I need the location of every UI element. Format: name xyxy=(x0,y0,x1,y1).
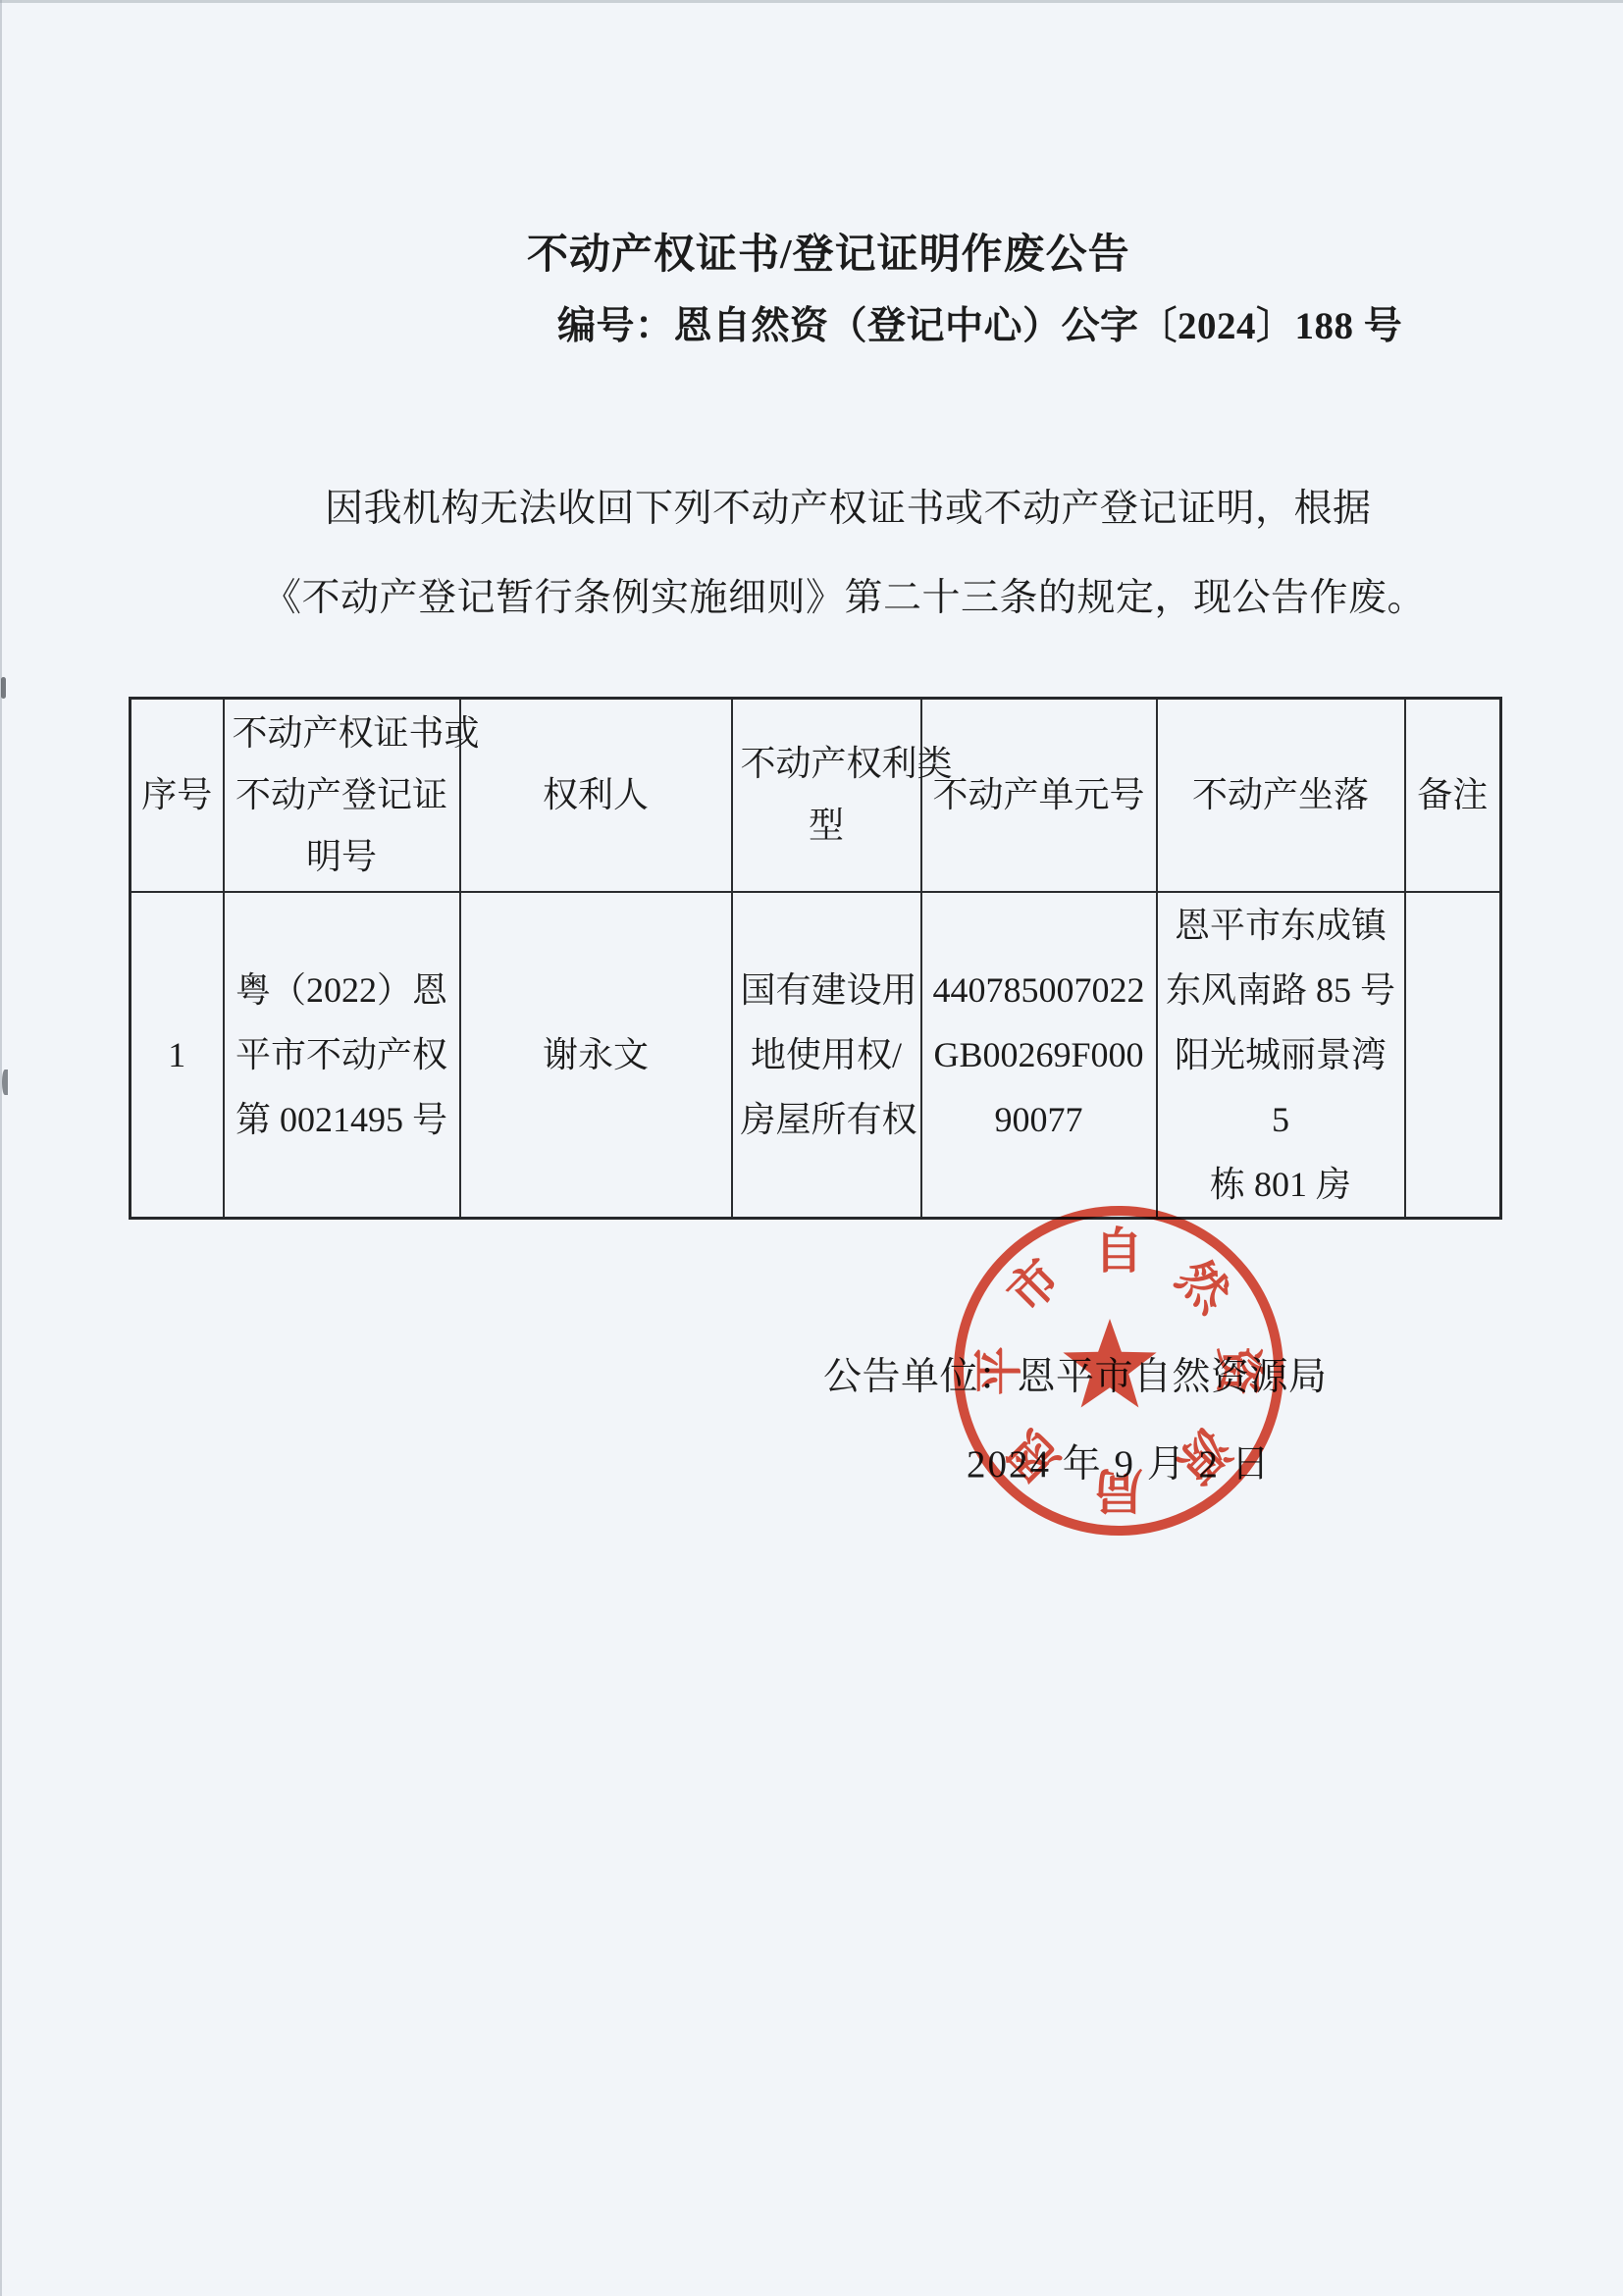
header-unit-number: 不动产单元号 xyxy=(921,699,1157,892)
cell-right-type: 国有建设用 地使用权/ 房屋所有权 xyxy=(732,892,921,1219)
scan-speck xyxy=(1,677,6,699)
header-right-type: 不动产权利类 型 xyxy=(732,699,921,892)
header-right-holder: 权利人 xyxy=(460,699,732,892)
header-seq: 序号 xyxy=(131,699,224,892)
body-line-1: 因我机构无法收回下列不动产权证书或不动产登记证明，根据 xyxy=(325,478,1372,533)
cell-unit-number: 440785007022 GB00269F000 90077 xyxy=(921,892,1157,1219)
seal-char: 资 xyxy=(1211,1346,1266,1396)
header-remarks: 备注 xyxy=(1405,699,1501,892)
scan-edge-top xyxy=(0,0,1623,3)
table-row: 1 粤（2022）恩 平市不动产权 第 0021495 号 谢永文 国有建设用 … xyxy=(131,892,1501,1219)
doc-number: 编号：恩自然资（登记中心）公字〔2024〕188 号 xyxy=(557,295,1402,350)
seal-char: 局 xyxy=(1094,1463,1143,1518)
cell-right-holder: 谢永文 xyxy=(460,892,732,1219)
cell-location: 恩平市东成镇 东风南路 85 号 阳光城丽景湾 5 栋 801 房 xyxy=(1157,892,1405,1219)
cell-cert-number: 粤（2022）恩 平市不动产权 第 0021495 号 xyxy=(224,892,460,1219)
official-seal: 恩 平 市 自 然 资 源 局 xyxy=(922,1174,1315,1567)
document-page: 不动产权证书/登记证明作废公告 编号：恩自然资（登记中心）公字〔2024〕188… xyxy=(0,0,1623,2296)
seal-char: 平 xyxy=(971,1346,1026,1395)
header-cert-number: 不动产权证书或 不动产登记证 明号 xyxy=(224,699,460,892)
scan-edge-left xyxy=(0,0,2,2296)
cell-remarks xyxy=(1405,892,1501,1219)
cell-seq: 1 xyxy=(131,892,224,1219)
body-line-2: 《不动产登记暂行条例实施细则》第二十三条的规定，现公告作废。 xyxy=(263,567,1426,622)
scan-speck xyxy=(2,1070,8,1095)
seal-star xyxy=(1063,1319,1156,1408)
notice-table: 序号 不动产权证书或 不动产登记证 明号 权利人 不动产权利类 型 不动产单元号… xyxy=(129,697,1502,1220)
notice-table-wrap: 序号 不动产权证书或 不动产登记证 明号 权利人 不动产权利类 型 不动产单元号… xyxy=(129,697,1502,1220)
table-header-row: 序号 不动产权证书或 不动产登记证 明号 权利人 不动产权利类 型 不动产单元号… xyxy=(131,699,1501,892)
page-title: 不动产权证书/登记证明作废公告 xyxy=(527,222,1130,281)
seal-char: 自 xyxy=(1094,1224,1143,1278)
header-location: 不动产坐落 xyxy=(1157,699,1405,892)
